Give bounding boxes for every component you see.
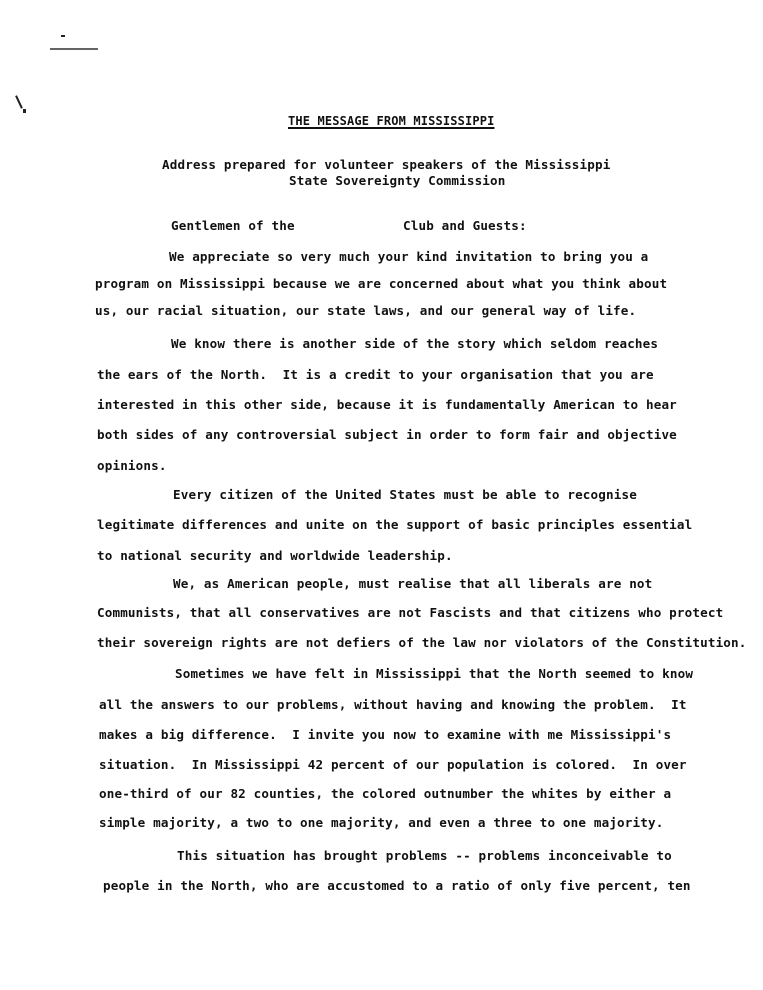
text-line: interested in this other side, because i… [97, 397, 677, 413]
text-line: We, as American people, must realise tha… [173, 576, 652, 592]
text-line: We appreciate so very much your kind inv… [169, 249, 648, 265]
text-line: simple majority, a two to one majority, … [99, 815, 663, 831]
text-line: the ears of the North. It is a credit to… [97, 367, 654, 383]
text-line: We know there is another side of the sto… [171, 336, 658, 352]
document-title: THE MESSAGE FROM MISSISSIPPI [288, 113, 495, 129]
text-line: their sovereign rights are not defiers o… [97, 635, 747, 651]
text-line: Every citizen of the United States must … [173, 487, 637, 503]
document-subtitle: State Sovereignty Commission [289, 173, 506, 189]
text-line: Communists, that all conservatives are n… [97, 605, 723, 621]
text-line: opinions. [97, 458, 167, 474]
text-line: all the answers to our problems, without… [99, 697, 687, 713]
scan-mark [50, 48, 98, 50]
text-line: people in the North, who are accustomed … [103, 878, 691, 894]
text-line: Sometimes we have felt in Mississippi th… [175, 666, 693, 682]
text-line: us, our racial situation, our state laws… [95, 303, 636, 319]
document-subtitle: Address prepared for volunteer speakers … [162, 157, 610, 173]
salutation: Gentlemen of the [171, 218, 295, 234]
text-line: program on Mississippi because we are co… [95, 276, 667, 292]
text-line: makes a big difference. I invite you now… [99, 727, 671, 743]
text-line: to national security and worldwide leade… [97, 548, 453, 564]
scan-mark [61, 35, 65, 37]
text-line: situation. In Mississippi 42 percent of … [99, 757, 687, 773]
text-line: one-third of our 82 counties, the colore… [99, 786, 671, 802]
salutation: Club and Guests: [403, 218, 527, 234]
text-line: legitimate differences and unite on the … [97, 517, 692, 533]
text-line: both sides of any controversial subject … [97, 427, 677, 443]
scan-mark [15, 95, 23, 109]
text-line: This situation has brought problems -- p… [177, 848, 672, 864]
document-page: THE MESSAGE FROM MISSISSIPPI Address pre… [0, 0, 763, 990]
scan-mark [23, 109, 26, 113]
